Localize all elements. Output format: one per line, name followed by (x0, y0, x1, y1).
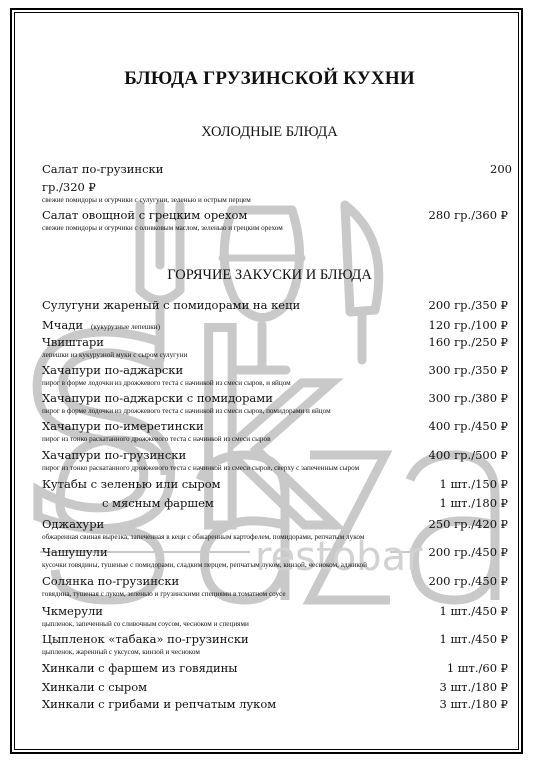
item-name: Хачапури по-имеретински (42, 419, 204, 433)
item-description: пирог из тонко раскатанного дрожжевого т… (42, 464, 359, 473)
item-price: 160 гр./250 ₽ (429, 335, 508, 349)
item-name: Чашушули (42, 545, 108, 559)
item-description: пирог в форме лодочки из дрожжевого тест… (42, 379, 291, 388)
item-price: 200 (490, 162, 512, 176)
item-description: пирог из тонко раскатанного дрожжевого т… (42, 435, 270, 444)
item-description: цыпленок, жаренный с уксусом, кинзой и ч… (42, 648, 200, 657)
item-description: пирог в форме лодочки из дрожжевого тест… (42, 407, 331, 416)
item-name: Салат овощной с грецким орехом (42, 208, 247, 222)
item-description: кусочки говядины, тушеные с помидорами, … (42, 561, 367, 570)
item-name: Хачапури по-грузински (42, 448, 186, 462)
item-price: 200 гр./350 ₽ (429, 298, 508, 312)
item-price: 3 шт./180 ₽ (440, 697, 508, 711)
item-price: 280 гр./360 ₽ (429, 208, 508, 222)
item-price: 1 шт./60 ₽ (447, 661, 508, 675)
item-description: цыпленок, запеченный со сливочным соусом… (42, 620, 249, 629)
item-description: лепешки из кукурузной муки с сыром сулуг… (42, 351, 187, 360)
item-price: 1 шт./450 ₽ (440, 604, 508, 618)
item-price: 400 гр./500 ₽ (429, 448, 508, 462)
item-price: 250 гр./420 ₽ (429, 517, 508, 531)
item-name: Хачапури по-аджарски с помидорами (42, 391, 273, 405)
item-name: Солянка по-грузински (42, 574, 179, 588)
item-name: Кутабы с зеленью или сыром (42, 477, 221, 491)
item-price: 1 шт./150 ₽ (440, 477, 508, 491)
item-name: Чкмерули (42, 604, 103, 618)
item-note: (кукурузные лепешки) (91, 323, 160, 331)
menu-page: БЛЮДА ГРУЗИНСКОЙ КУХНИ ХОЛОДНЫЕ БЛЮДА Са… (0, 0, 539, 767)
item-name-group: Мчади(кукурузные лепешки) (42, 318, 160, 334)
item-price: 1 шт./180 ₽ (440, 496, 508, 510)
item-price: 200 гр./450 ₽ (429, 545, 508, 559)
section-heading-hot: ГОРЯЧИЕ ЗАКУСКИ И БЛЮДА (0, 267, 539, 284)
item-name: Сулугуни жареный с помидорами на кеци (42, 298, 300, 312)
item-name: Цыпленок «табака» по-грузински (42, 632, 249, 646)
item-name: Салат по-грузински (42, 162, 163, 176)
item-price: 300 гр./380 ₽ (429, 391, 508, 405)
item-description: говядина, тушеная с луком, зеленью и гру… (42, 590, 286, 599)
item-price: 200 гр./450 ₽ (429, 574, 508, 588)
item-description: свежие помидоры и огурчики с оливковым м… (42, 224, 283, 233)
item-price: 120 гр./100 ₽ (429, 318, 508, 332)
section-heading-cold: ХОЛОДНЫЕ БЛЮДА (0, 124, 539, 141)
item-name: с мясным фаршем (102, 496, 214, 510)
item-price: 3 шт./180 ₽ (440, 680, 508, 694)
item-description: обжаренная свиная вырезка, запеченная в … (42, 533, 364, 542)
item-price: 1 шт./450 ₽ (440, 632, 508, 646)
item-name: Хачапури по-аджарски (42, 363, 183, 377)
item-description: свежие помидоры и огурчики с сулугуни, з… (42, 196, 251, 205)
item-name: Хинкали с фаршем из говядины (42, 661, 237, 675)
item-name: Хинкали с грибами и репчатым луком (42, 697, 276, 711)
item-name: Оджахури (42, 517, 104, 531)
item-price-wrapped: гр./320 ₽ (42, 180, 96, 194)
item-name: Чвиштари (42, 335, 104, 349)
item-price: 300 гр./350 ₽ (429, 363, 508, 377)
item-price: 400 гр./450 ₽ (429, 419, 508, 433)
page-title: БЛЮДА ГРУЗИНСКОЙ КУХНИ (0, 68, 539, 90)
item-name: Мчади (42, 318, 83, 332)
item-name: Хинкали с сыром (42, 680, 147, 694)
